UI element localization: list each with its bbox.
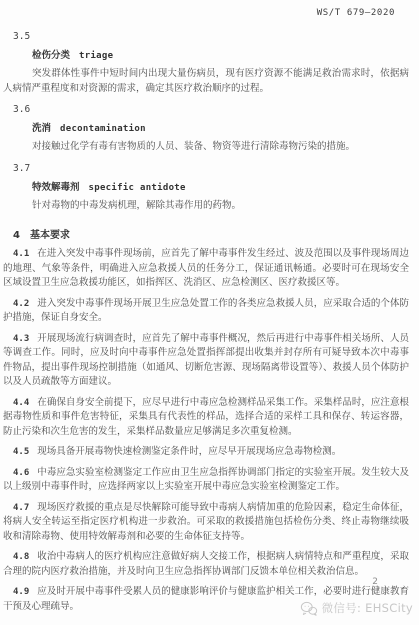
clause-number: 4.2 [13,299,29,309]
term-name-zh: 特效解毒剂 [32,182,80,193]
clause-number: 4.9 [13,587,29,597]
clause-number: 4.8 [13,552,29,562]
term-name: 特效解毒剂specific antidote [32,181,409,195]
clause-paragraph: 4.3开展现场流行病调查时，应首先了解中毒事件概况，然后再进行中毒事件相关场所、… [3,332,409,390]
standard-code: WS/T 679—2020 [3,8,409,18]
term-name-en: triage [79,51,113,61]
clause-paragraph: 4.8收治中毒病人的医疗机构应注意做好病人交接工作，根据病人病情特点和严重程度，… [3,550,409,579]
page-number: 2 [372,577,378,587]
term-name-zh: 洗消 [32,123,51,134]
clause-paragraph: 4.7现场医疗救援的重点是尽快解除可能导致中毒病人病情加重的危险因素，稳定生命体… [3,501,409,545]
term-block: 3.6 洗消decontamination 对接触过化学有毒有害物质的人员、装备… [3,103,409,155]
clause-text: 收治中毒病人的医疗机构应注意做好病人交接工作，根据病人病情特点和严重程度，采取合… [3,551,409,577]
term-definition: 针对毒物的中毒发病机理，解除其毒作用的药物。 [3,199,409,214]
term-number: 3.7 [13,162,409,176]
clause-text: 进入突发中毒事件现场开展卫生应急处置工作的各类应急救援人员，应采取合适的个体防护… [3,298,409,324]
term-definition: 突发群体性事件中短时间内出现大量伤病员，现有医疗资源不能满足救治需求时，依据病人… [3,67,409,96]
document-page: WS/T 679—2020 3.5 检伤分类triage 突发群体性事件中短时间… [0,0,419,614]
chapter-title: 基本要求 [30,230,70,241]
term-name-en: decontamination [60,124,146,134]
clause-text: 开展现场流行病调查时，应首先了解中毒事件概况，然后再进行中毒事件相关场所、人员等… [3,333,409,388]
clause-paragraph: 4.1在进入突发中毒事件现场前，应首先了解中毒事件发生经过、波及范围以及事件现场… [3,247,409,291]
clause-paragraph: 4.2进入突发中毒事件现场开展卫生应急处置工作的各类应急救援人员，应采取合适的个… [3,297,409,326]
watermark: 微信号: EHSCity [300,600,413,616]
term-name: 检伤分类triage [32,49,409,63]
term-block: 3.5 检伤分类triage 突发群体性事件中短时间内出现大量伤病员，现有医疗资… [3,30,409,96]
clause-text: 在进入突发中毒事件现场前，应首先了解中毒事件发生经过、波及范围以及事件现场周边的… [3,248,409,288]
clause-text: 在确保自身安全前提下，应尽早进行中毒应急检测样品采集工作。采集样品时，应注意根据… [3,397,409,437]
clause-number: 4.6 [13,468,29,478]
wechat-icon [300,601,318,616]
clause-paragraph: 4.6中毒应急实验室检测鉴定工作应由卫生应急指挥协调部门指定的实验室开展。发生较… [3,466,409,495]
clause-text: 现场具备开展毒物快速检测鉴定条件时，应尽早开展现场应急毒物检测。 [37,446,341,457]
clause-number: 4.5 [13,447,29,457]
clause-number: 4.4 [13,398,29,408]
clause-text: 现场医疗救援的重点是尽快解除可能导致中毒病人病情加重的危险因素，稳定生命体征，将… [3,502,409,542]
term-definition: 对接触过化学有毒有害物质的人员、装备、物资等进行清除毒物污染的措施。 [3,140,409,155]
chapter-heading: 4基本要求 [13,226,409,241]
term-block: 3.7 特效解毒剂specific antidote 针对毒物的中毒发病机理，解… [3,162,409,214]
chapter-number: 4 [13,230,20,241]
clause-paragraph: 4.4在确保自身安全前提下，应尽早进行中毒应急检测样品采集工作。采集样品时，应注… [3,396,409,440]
clause-text: 中毒应急实验室检测鉴定工作应由卫生应急指挥协调部门指定的实验室开展。发生较大及以… [3,467,409,493]
term-name-en: specific antidote [89,183,186,193]
watermark-label: 微信号: EHSCity [322,600,413,616]
term-name: 洗消decontamination [32,122,409,136]
clause-number: 4.7 [13,503,29,513]
term-number: 3.6 [13,103,409,117]
term-name-zh: 检伤分类 [32,50,70,61]
term-number: 3.5 [13,30,409,44]
clause-number: 4.1 [13,249,29,259]
clause-number: 4.3 [13,334,29,344]
clause-paragraph: 4.5现场具备开展毒物快速检测鉴定条件时，应尽早开展现场应急毒物检测。 [3,445,409,460]
